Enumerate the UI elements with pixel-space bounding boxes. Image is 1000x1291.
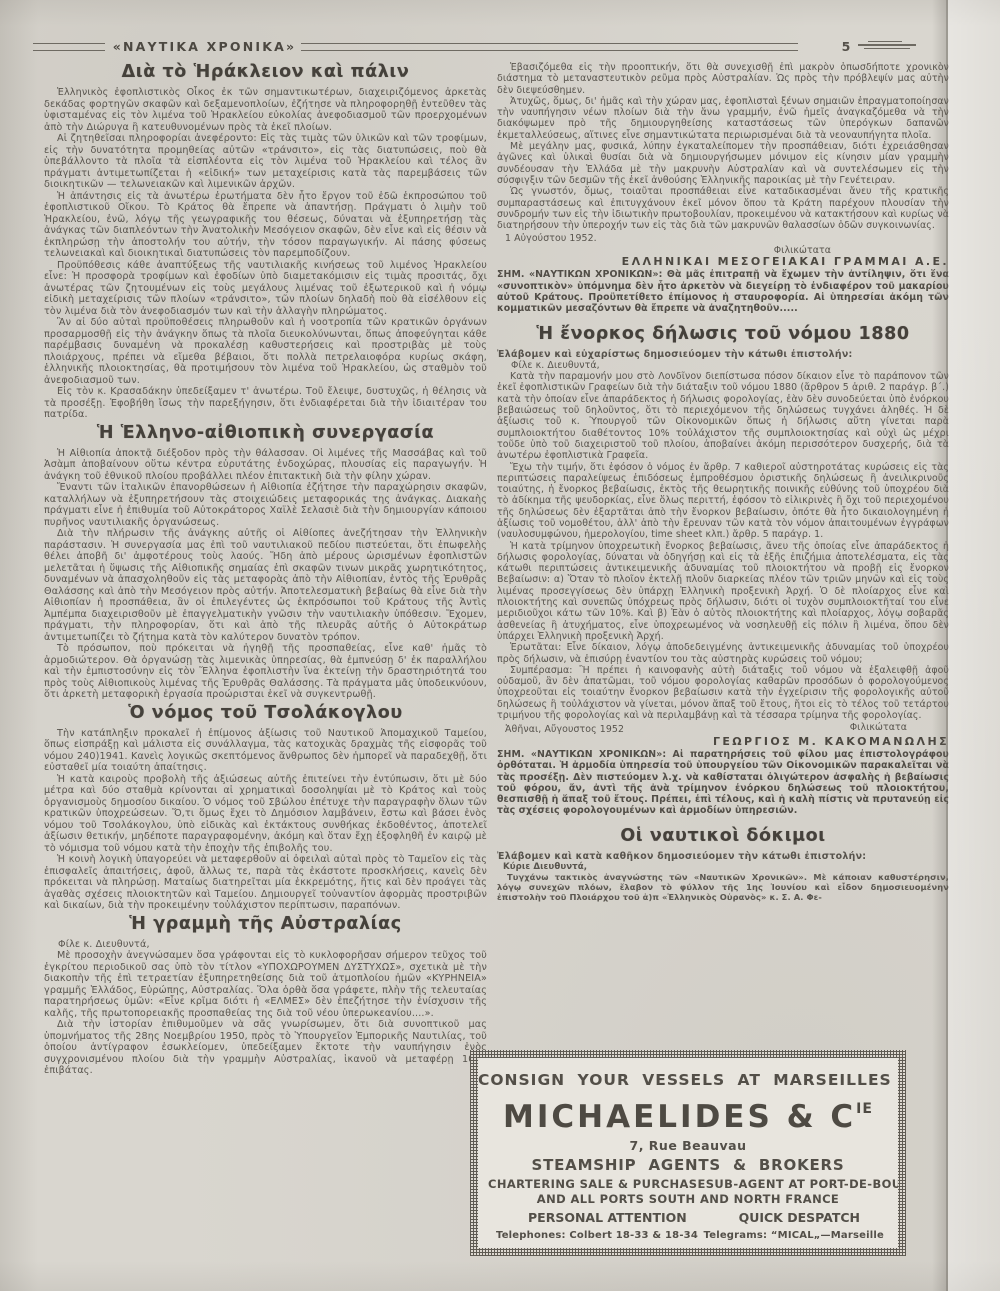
paragraph: Συμπέρασμα: Ἢ πρέπει ἡ καινοφανὴς αὐτὴ δ… xyxy=(497,665,949,721)
article-body: Ἐβασιζόμεθα εἰς τὴν προοπτικήν, ὅτι θὰ σ… xyxy=(497,62,949,231)
article-australia-line: Ἡ γραμμὴ τῆς Αὐστραλίας Φίλε κ. Διευθυντ… xyxy=(44,914,487,1077)
masthead-rule-left xyxy=(33,43,105,51)
signature-row: Ἀθῆναι, Αὔγουστος 1952 Φιλικώτατα xyxy=(497,722,949,735)
paragraph: Ἔχω τὴν τιμήν, ὅτι ἐφόσον ὁ νόμος ἐν ἄρθ… xyxy=(497,462,949,541)
ad-attention-row: PERSONAL ATTENTION QUICK DESPATCH xyxy=(478,1210,898,1225)
company-name-suffix: IE xyxy=(856,1101,873,1117)
paragraph: Ἡ κατὰ τρίμηνον ὑποχρεωτικὴ ἔνορκος βεβα… xyxy=(497,541,949,643)
article-body: Ἑλληνικὸς ἐφοπλιστικὸς Οἶκος ἐκ τῶν σημα… xyxy=(44,87,487,421)
article-body: Τυγχάνω τακτικὸς ἀναγνώστης τῶν «Ναυτικῶ… xyxy=(497,873,949,902)
article-body: Κατὰ τὴν παραμονήν μου στὸ Λονδῖνον διεπ… xyxy=(497,371,949,721)
paragraph: Μὲ προσοχὴν ἀνεγνώσαμεν ὅσα γράφονται εἰ… xyxy=(44,950,487,1019)
intro-line: Ἐλάβομεν καὶ κατὰ καθῆκον δημοσιεύομεν τ… xyxy=(497,851,949,862)
paragraph: Ἡ Αἰθιοπία ἀποκτᾷ διέξοδον πρὸς τὴν θάλα… xyxy=(44,448,487,483)
paragraph: Τὴν κατάπληξιν προκαλεῖ ἡ ἐπίμονος ἀξίωσ… xyxy=(44,728,487,774)
salutation-line: Φίλε κ. Διευθυντά, xyxy=(44,939,487,951)
article-headline: Ἡ ἔνορκος δήλωσις τοῦ νόμου 1880 xyxy=(497,324,949,344)
ad-consign-line: CONSIGN YOUR VESSELS AT MARSEILLES TO xyxy=(478,1071,898,1089)
article-body: Ἡ Αἰθιοπία ἀποκτᾷ διέξοδον πρὸς τὴν θάλα… xyxy=(44,448,487,701)
editor-note: ΣΗΜ. «ΝΑΥΤΙΚΩΝ ΧΡΟΝΙΚΩΝ»: Αἱ παρατηρήσει… xyxy=(497,749,949,817)
article-ethiopia: Ἡ Ἑλληνο-αἰθιοπικὴ συνεργασία Ἡ Αἰθιοπία… xyxy=(44,423,487,701)
paragraph: Ἡ κοινὴ λογικὴ ὑπαγορεύει νὰ μεταφερθοῦν… xyxy=(44,854,487,912)
paragraph: Κατὰ τὴν παραμονήν μου στὸ Λονδῖνον διεπ… xyxy=(497,371,949,461)
page-right-margin xyxy=(948,0,1000,1291)
ad-ports-line: AND ALL PORTS SOUTH AND NORTH FRANCE xyxy=(478,1192,898,1206)
signature-line: ΓΕΩΡΓΙΟΣ Μ. ΚΑΚΟΜΑΝΩΛΗΣ xyxy=(497,736,949,747)
paragraph: Διὰ τὴν ἱστορίαν ἐπιθυμοῦμεν νὰ σᾶς γνωρ… xyxy=(44,1019,487,1077)
article-body: Μὲ προσοχὴν ἀνεγνώσαμεν ὅσα γράφονται εἰ… xyxy=(44,950,487,1077)
ad-chartering-label: CHARTERING SALE & PURCHASE xyxy=(488,1177,706,1191)
article-body: Τὴν κατάπληξιν προκαλεῖ ἡ ἐπίμονος ἀξίωσ… xyxy=(44,728,487,912)
ad-services-row: CHARTERING SALE & PURCHASE SUB-AGENT AT … xyxy=(478,1177,898,1191)
paragraph: Ἡ ἀπάντησις εἰς τὰ ἀνωτέρω ἐρωτήματα δὲν… xyxy=(44,191,487,260)
date-line: 1 Αὐγούστου 1952. xyxy=(497,233,949,244)
company-name-text: MICHAELIDES & C xyxy=(503,1099,856,1135)
paragraph: Ἀτυχῶς, ὅμως, δι' ἡμᾶς καὶ τὴν χώραν μας… xyxy=(497,96,949,141)
paragraph: Ἂν αἱ δύο αὐταὶ προϋποθέσεις πληρωθοῦν κ… xyxy=(44,317,487,386)
article-headline: Ἡ γραμμὴ τῆς Αὐστραλίας xyxy=(44,914,487,934)
page-fold-shadow xyxy=(932,0,946,1291)
date-line: Ἀθῆναι, Αὔγουστος 1952 xyxy=(497,724,624,735)
ad-content: CONSIGN YOUR VESSELS AT MARSEILLES TO MI… xyxy=(478,1058,898,1248)
page-number: 5 xyxy=(836,39,856,54)
masthead-rule-right xyxy=(858,41,918,51)
paragraph: Προϋπόθεσις κάθε ἀναπτύξεως τῆς ναυτιλια… xyxy=(44,260,487,318)
masthead: «ΝΑΥΤΙΚΑ ΧΡΟΝΙΚΑ» 5 xyxy=(0,38,1000,60)
paragraph: Αἱ ζητηθεῖσαι πληροφορίαι ἀνεφέροντο: Εἰ… xyxy=(44,133,487,191)
paragraph: Ἐρωτᾶται: Εἶνε δίκαιον, λόγῳ ἀποδεδειγμέ… xyxy=(497,642,949,665)
newspaper-page: «ΝΑΥΤΙΚΑ ΧΡΟΝΙΚΑ» 5 Διὰ τὸ Ἡράκλειον καὶ… xyxy=(0,0,1000,1291)
ad-subagent-label: SUB-AGENT AT PORT-DE-BOUC xyxy=(706,1177,898,1191)
ad-personal-attention-label: PERSONAL ATTENTION xyxy=(528,1210,687,1225)
paragraph: Εἰς τὸν κ. Κρασαδάκην ὑπεδείξαμεν τ' ἀνω… xyxy=(44,386,487,421)
article-headline: Ὁ νόμος τοῦ Τσολάκογλου xyxy=(44,703,487,723)
article-naftikoi-dokimoi: Οἱ ναυτικοὶ δόκιμοι Ἐλάβομεν καὶ κατὰ κα… xyxy=(497,826,949,903)
article-tsolakoglou: Ὁ νόμος τοῦ Τσολάκογλου Τὴν κατάπληξιν π… xyxy=(44,703,487,912)
editor-note: ΣΗΜ. «ΝΑΥΤΙΚΩΝ ΧΡΟΝΙΚΩΝ»: Θὰ μᾶς ἐπιτραπ… xyxy=(497,269,949,314)
intro-line: Ἐλάβομεν καὶ εὐχαρίστως δημοσιεύομεν τὴν… xyxy=(497,349,949,360)
paragraph: Ἔναντι τῶν ἰταλικῶν ἐπανορθώσεων ἡ Αἰθιο… xyxy=(44,482,487,528)
article-irakleio: Διὰ τὸ Ἡράκλειον καὶ πάλιν Ἑλληνικὸς ἐφο… xyxy=(44,62,487,421)
ad-telephones-line: Telephones: Colbert 18-33 & 18-34 xyxy=(496,1230,698,1241)
signature-line: ΕΛΛΗΝΙΚΑΙ ΜΕΣΟΓΕΙΑΚΑΙ ΓΡΑΜΜΑΙ Α.Ε. xyxy=(497,256,949,267)
michaelides-ad: CONSIGN YOUR VESSELS AT MARSEILLES TO MI… xyxy=(470,1050,906,1256)
article-headline: Οἱ ναυτικοὶ δόκιμοι xyxy=(497,826,949,846)
paragraph: Ἑλληνικὸς ἐφοπλιστικὸς Οἶκος ἐκ τῶν σημα… xyxy=(44,87,487,133)
paragraph: Μὲ μεγάλην μας, φυσικά, λύπην ἐγκαταλείπ… xyxy=(497,141,949,186)
ad-contact-row: Telephones: Colbert 18-33 & 18-34 Telegr… xyxy=(478,1230,898,1241)
paragraph: Ὡς γνωστόν, ὅμως, τοιαῦται προσπάθειαι ε… xyxy=(497,186,949,231)
left-column: Διὰ τὸ Ἡράκλειον καὶ πάλιν Ἑλληνικὸς ἐφο… xyxy=(44,60,487,1275)
salutation-line: Φίλε κ. Διευθυντά, xyxy=(497,360,949,371)
paragraph: Διὰ τὴν πλήρωσιν τῆς ἀνάγκης αὐτῆς οἱ Αἰ… xyxy=(44,528,487,643)
article-enorkos-dilosis: Ἡ ἔνορκος δήλωσις τοῦ νόμου 1880 Ἐλάβομε… xyxy=(497,324,949,817)
ad-quick-despatch-label: QUICK DESPATCH xyxy=(739,1210,860,1225)
ad-telegrams-line: Telegrams: “MICAL„—Marseille xyxy=(704,1230,884,1241)
masthead-rule-mid xyxy=(301,43,798,51)
article-headline: Διὰ τὸ Ἡράκλειον καὶ πάλιν xyxy=(44,62,487,82)
paragraph: Τυγχάνω τακτικὸς ἀναγνώστης τῶν «Ναυτικῶ… xyxy=(497,873,949,902)
paragraph: Ἐβασιζόμεθα εἰς τὴν προοπτικήν, ὅτι θὰ σ… xyxy=(497,62,949,96)
article-headline: Ἡ Ἑλληνο-αἰθιοπικὴ συνεργασία xyxy=(44,423,487,443)
paragraph: Ἡ κατὰ καιροὺς προβολὴ τῆς ἀξιώσεως αὐτῆ… xyxy=(44,774,487,855)
masthead-title: «ΝΑΥΤΙΚΑ ΧΡΟΝΙΚΑ» xyxy=(112,39,297,54)
ad-steamship-line: STEAMSHIP AGENTS & BROKERS xyxy=(478,1156,898,1174)
ad-address-line: 7, Rue Beauvau xyxy=(478,1138,898,1153)
paragraph: Τὸ πρόσωπον, ποὺ πρόκειται νὰ ἡγηθῇ τῆς … xyxy=(44,643,487,701)
ad-company-name: MICHAELIDES & CIE xyxy=(478,1093,898,1133)
article-australia-continuation: Ἐβασιζόμεθα εἰς τὴν προοπτικήν, ὅτι θὰ σ… xyxy=(497,62,949,315)
